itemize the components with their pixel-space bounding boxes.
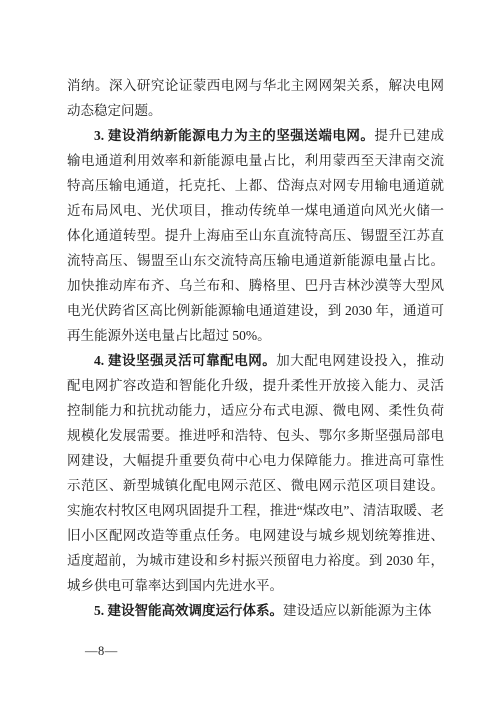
item-4-heading: 4. 建设坚强灵活可靠配电网。	[94, 353, 276, 368]
paragraph-item-5: 5. 建设智能高效调度运行体系。建设适应以新能源为主体	[67, 598, 444, 623]
page-number: —8—	[85, 643, 118, 659]
document-page: 消纳。深入研究论证蒙西电网与华北主网网架关系，解决电网动态稳定问题。 3. 建设…	[0, 0, 500, 707]
paragraph-item-4: 4. 建设坚强灵活可靠配电网。加大配电网建设投入，推动配电网扩容改造和智能化升级…	[67, 348, 444, 598]
document-body: 消纳。深入研究论证蒙西电网与华北主网网架关系，解决电网动态稳定问题。 3. 建设…	[67, 73, 444, 623]
paragraph-item-3: 3. 建设消纳新能源电力为主的坚强送端电网。提升已建成输电通道利用效率和新能源电…	[67, 123, 444, 348]
item-5-heading: 5. 建设智能高效调度运行体系。	[94, 603, 283, 618]
paragraph-continuation: 消纳。深入研究论证蒙西电网与华北主网网架关系，解决电网动态稳定问题。	[67, 73, 444, 123]
item-3-body-text: 提升已建成输电通道利用效率和新能源电量占比，利用蒙西至天津南交流特高压输电通道，…	[67, 128, 444, 343]
item-4-body-text: 加大配电网建设投入，推动配电网扩容改造和智能化升级，提升柔性开放接入能力、灵活控…	[67, 353, 444, 593]
continuation-text: 消纳。深入研究论证蒙西电网与华北主网网架关系，解决电网动态稳定问题。	[67, 78, 444, 118]
item-5-body-text: 建设适应以新能源为主体	[283, 603, 432, 618]
item-3-heading: 3. 建设消纳新能源电力为主的坚强送端电网。	[94, 128, 374, 143]
